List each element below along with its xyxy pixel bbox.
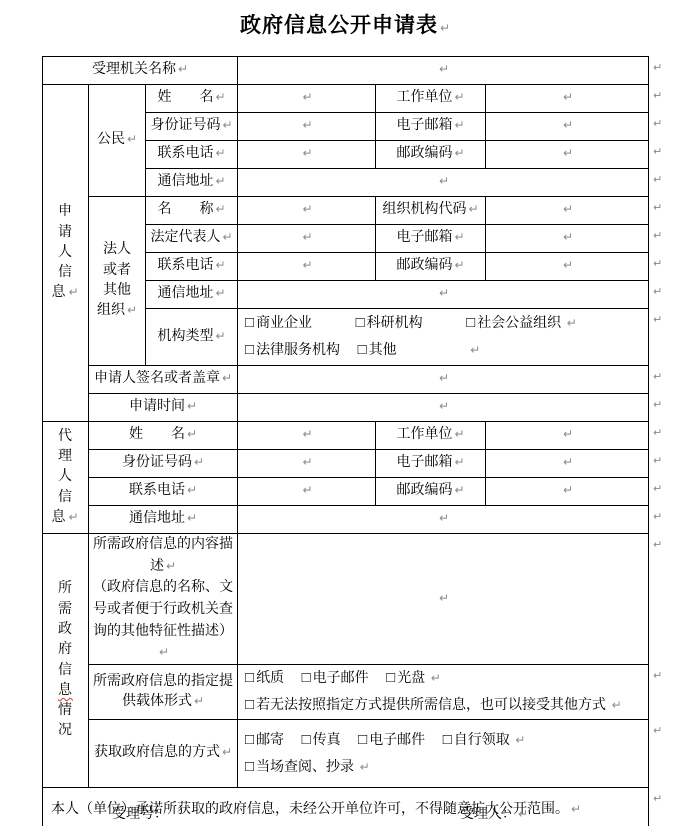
paragraph-mark-icon: ↵ (612, 698, 622, 712)
row-end-mark: ↵ (649, 720, 669, 788)
checkbox-icon[interactable]: □ (443, 732, 452, 748)
cb-research-institution[interactable]: □科研机构 (356, 316, 423, 331)
paragraph-mark-icon: ↵ (302, 118, 312, 132)
paragraph-mark-icon: ↵ (439, 591, 449, 605)
paragraph-mark-icon: ↵ (439, 399, 449, 413)
citizen-name-label: 姓 名↵ (146, 85, 238, 113)
paragraph-mark-icon: ↵ (159, 645, 169, 659)
accepting-agency-label: 受理机关名称↵ (43, 57, 238, 85)
paragraph-mark-icon: ↵ (563, 258, 573, 272)
requested-info-section-label: 所 需 政 府 信 息 情 况 (43, 534, 89, 788)
org-legalrep-label: 法定代表人↵ (146, 225, 238, 253)
info-format-options: □纸质 □电子邮件 □光盘 ↵ □若无法按照指定方式提供所需信息，也可以接受其他… (238, 665, 649, 720)
row-end-mark: ↵ (649, 506, 669, 534)
row-end-mark: ↵ (649, 422, 669, 450)
agent-address-label: 通信地址↵ (89, 506, 238, 534)
checkbox-icon[interactable]: □ (245, 732, 254, 748)
paragraph-mark-icon: ↵ (439, 511, 449, 525)
applicant-section-label: 申 请 人 信 息↵ (43, 85, 89, 422)
info-obtain-options: □邮寄 □传真 □电子邮件 □自行领取 ↵ □当场查阅、抄录 ↵ (238, 720, 649, 788)
paragraph-mark-icon: ↵ (518, 807, 528, 821)
paragraph-mark-icon: ↵ (653, 669, 662, 682)
cb-accept-other-format[interactable]: □若无法按照指定方式提供所需信息，也可以接受其他方式 (245, 698, 606, 713)
row-end-mark: ↵ (649, 169, 669, 197)
paragraph-mark-icon: ↵ (454, 427, 464, 441)
citizen-postcode-label: 邮政编码↵ (376, 141, 486, 169)
paragraph-mark-icon: ↵ (653, 89, 662, 102)
paragraph-mark-icon: ↵ (222, 230, 232, 244)
cb-legal-service-org[interactable]: □法律服务机构 (245, 343, 340, 358)
paragraph-mark-icon: ↵ (302, 258, 312, 272)
cb-business-enterprise[interactable]: □商业企业 (245, 316, 312, 331)
checkbox-icon[interactable]: □ (386, 670, 395, 686)
paragraph-mark-icon: ↵ (653, 482, 662, 495)
row-end-mark: ↵ (649, 85, 669, 113)
paragraph-mark-icon: ↵ (215, 258, 225, 272)
row-end-mark: ↵ (649, 665, 669, 720)
checkbox-icon[interactable]: □ (245, 670, 254, 686)
paragraph-mark-icon: ↵ (127, 132, 137, 146)
agent-email-label: 电子邮箱↵ (376, 450, 486, 478)
paragraph-mark-icon: ↵ (653, 370, 662, 383)
paragraph-mark-icon: ↵ (563, 90, 573, 104)
cb-email-delivery[interactable]: □电子邮件 (358, 733, 425, 748)
cb-self-pickup[interactable]: □自行领取 (443, 733, 510, 748)
paragraph-mark-icon: ↵ (470, 343, 480, 357)
paragraph-mark-icon: ↵ (194, 455, 204, 469)
cb-email-format[interactable]: □电子邮件 (302, 671, 369, 686)
accepting-agency-value[interactable]: ↵ (238, 57, 649, 85)
paragraph-mark-icon: ↵ (653, 538, 662, 551)
checkbox-icon[interactable]: □ (302, 670, 311, 686)
paragraph-mark-icon: ↵ (439, 371, 449, 385)
institution-type-options: □商业企业 □科研机构 □社会公益组织 ↵ □法律服务机构 □其他 ↵ (238, 309, 649, 366)
paragraph-mark-icon: ↵ (653, 145, 662, 158)
paragraph-mark-icon: ↵ (653, 285, 662, 298)
row-end-mark: ↵ (649, 225, 669, 253)
paragraph-mark-icon: ↵ (653, 398, 662, 411)
citizen-phone-label: 联系电话↵ (146, 141, 238, 169)
paragraph-mark-icon: ↵ (653, 313, 662, 326)
checkbox-icon[interactable]: □ (245, 697, 254, 713)
paragraph-mark-icon: ↵ (454, 118, 464, 132)
page-title-text: 政府信息公开申请表 (240, 13, 438, 37)
application-form-table: 受理机关名称↵ ↵ ↵ 申 请 人 信 息↵ 公民↵ 姓 名↵ ↵ 工作单位↵ … (42, 56, 669, 826)
agent-email-value[interactable]: ↵ (486, 450, 649, 478)
citizen-id-value[interactable]: ↵ (238, 113, 376, 141)
paragraph-mark-icon: ↵ (215, 286, 225, 300)
citizen-postcode-value[interactable]: ↵ (486, 141, 649, 169)
document-page: 政府信息公开申请表↵ 受理机关名称↵ ↵ ↵ 申 请 人 信 息↵ 公民↵ 姓 … (0, 0, 691, 826)
checkbox-icon[interactable]: □ (356, 315, 365, 331)
paragraph-mark-icon: ↵ (653, 117, 662, 130)
org-name-label: 名 称↵ (146, 197, 238, 225)
row-end-mark: ↵ (649, 281, 669, 309)
paragraph-mark-icon: ↵ (653, 510, 662, 523)
paragraph-mark-icon: ↵ (178, 62, 188, 76)
cb-fax[interactable]: □传真 (302, 733, 341, 748)
paragraph-mark-icon: ↵ (563, 483, 573, 497)
paragraph-mark-icon: ↵ (439, 174, 449, 188)
cb-public-welfare-org[interactable]: □社会公益组织 (466, 316, 561, 331)
paragraph-mark-icon: ↵ (431, 671, 441, 685)
agent-name-label: 姓 名↵ (89, 422, 238, 450)
agent-postcode-value[interactable]: ↵ (486, 478, 649, 506)
row-end-mark: ↵ (649, 57, 669, 85)
agent-name-value[interactable]: ↵ (238, 422, 376, 450)
apply-time-value[interactable]: ↵ (238, 394, 649, 422)
paragraph-mark-icon: ↵ (563, 230, 573, 244)
org-legalrep-value[interactable]: ↵ (238, 225, 376, 253)
agent-address-value[interactable]: ↵ (238, 506, 649, 534)
paragraph-mark-icon: ↵ (563, 202, 573, 216)
checkbox-icon[interactable]: □ (358, 732, 367, 748)
info-obtain-label: 获取政府信息的方式↵ (89, 720, 238, 788)
row-end-mark: ↵ (649, 534, 669, 665)
paragraph-mark-icon: ↵ (127, 303, 137, 317)
paragraph-mark-icon: ↵ (222, 745, 232, 759)
paragraph-mark-icon: ↵ (302, 427, 312, 441)
checkbox-icon[interactable]: □ (245, 759, 254, 775)
cb-cd[interactable]: □光盘 (386, 671, 425, 686)
row-end-mark: ↵ (649, 450, 669, 478)
institution-type-label: 机构类型↵ (146, 309, 238, 366)
misspelled-char: 息 (58, 683, 73, 698)
cb-paper[interactable]: □纸质 (245, 671, 284, 686)
paragraph-mark-icon: ↵ (302, 483, 312, 497)
org-phone-label: 联系电话↵ (146, 253, 238, 281)
info-description-label: 所需政府信息的内容描述↵ （政府信息的名称、文号或者便于行政机关查询的其他特征性… (89, 534, 238, 665)
org-address-value[interactable]: ↵ (238, 281, 649, 309)
paragraph-mark-icon: ↵ (68, 285, 79, 299)
signature-value[interactable]: ↵ (238, 366, 649, 394)
paragraph-mark-icon: ↵ (215, 174, 225, 188)
paragraph-mark-icon: ↵ (454, 230, 464, 244)
org-email-label: 电子邮箱↵ (376, 225, 486, 253)
paragraph-mark-icon: ↵ (563, 146, 573, 160)
paragraph-mark-icon: ↵ (567, 316, 577, 330)
paragraph-mark-icon: ↵ (454, 455, 464, 469)
form-footer: 受理号： 受理人：↵ (42, 803, 672, 823)
info-description-value[interactable]: ↵ (238, 534, 649, 665)
row-end-mark: ↵ (649, 394, 669, 422)
row-end-mark: ↵ (649, 253, 669, 281)
paragraph-mark-icon: ↵ (194, 694, 204, 708)
paragraph-mark-icon: ↵ (454, 90, 464, 104)
cb-mail[interactable]: □邮寄 (245, 733, 284, 748)
paragraph-mark-icon: ↵ (215, 202, 225, 216)
info-format-label: 所需政府信息的指定提供载体形式↵ (89, 665, 238, 720)
org-address-label: 通信地址↵ (146, 281, 238, 309)
org-code-value[interactable]: ↵ (486, 197, 649, 225)
paragraph-mark-icon: ↵ (563, 427, 573, 441)
org-postcode-label: 邮政编码↵ (376, 253, 486, 281)
org-postcode-value[interactable]: ↵ (486, 253, 649, 281)
paragraph-mark-icon: ↵ (215, 329, 225, 343)
checkbox-icon[interactable]: □ (358, 342, 367, 358)
cb-other-institution[interactable]: □其他 (358, 343, 397, 358)
citizen-name-value[interactable]: ↵ (238, 85, 376, 113)
paragraph-mark-icon: ↵ (302, 455, 312, 469)
agent-workunit-label: 工作单位↵ (376, 422, 486, 450)
paragraph-mark-icon: ↵ (653, 454, 662, 467)
checkbox-icon[interactable]: □ (245, 315, 254, 331)
paragraph-mark-icon: ↵ (563, 118, 573, 132)
citizen-workunit-label: 工作单位↵ (376, 85, 486, 113)
agent-id-value[interactable]: ↵ (238, 450, 376, 478)
paragraph-mark-icon: ↵ (302, 230, 312, 244)
paragraph-mark-icon: ↵ (222, 118, 232, 132)
paragraph-mark-icon: ↵ (439, 62, 449, 76)
org-phone-value[interactable]: ↵ (238, 253, 376, 281)
paragraph-mark-icon: ↵ (468, 202, 478, 216)
citizen-workunit-value[interactable]: ↵ (486, 85, 649, 113)
paragraph-mark-icon: ↵ (302, 146, 312, 160)
row-end-mark: ↵ (649, 141, 669, 169)
paragraph-mark-icon: ↵ (187, 483, 197, 497)
paragraph-mark-icon: ↵ (439, 286, 449, 300)
cb-onsite-read-copy[interactable]: □当场查阅、抄录 (245, 760, 354, 775)
paragraph-mark-icon: ↵ (653, 61, 662, 74)
paragraph-mark-icon: ↵ (454, 258, 464, 272)
paragraph-mark-icon: ↵ (563, 455, 573, 469)
paragraph-mark-icon: ↵ (302, 90, 312, 104)
page-title: 政府信息公开申请表↵ (0, 9, 691, 39)
agent-section-label: 代 理 人 信 息↵ (43, 422, 89, 534)
checkbox-icon[interactable]: □ (245, 342, 254, 358)
row-end-mark: ↵ (649, 366, 669, 394)
agent-postcode-label: 邮政编码↵ (376, 478, 486, 506)
paragraph-mark-icon: ↵ (653, 724, 662, 737)
paragraph-mark-icon: ↵ (222, 371, 232, 385)
citizen-address-value[interactable]: ↵ (238, 169, 649, 197)
signature-label: 申请人签名或者盖章↵ (89, 366, 238, 394)
row-end-mark: ↵ (649, 197, 669, 225)
paragraph-mark-icon: ↵ (187, 399, 197, 413)
row-end-mark: ↵ (649, 113, 669, 141)
agent-id-label: 身份证号码↵ (89, 450, 238, 478)
org-code-label: 组织机构代码↵ (376, 197, 486, 225)
citizen-label: 公民↵ (89, 85, 146, 197)
org-name-value[interactable]: ↵ (238, 197, 376, 225)
citizen-address-label: 通信地址↵ (146, 169, 238, 197)
paragraph-mark-icon: ↵ (360, 760, 370, 774)
paragraph-mark-icon: ↵ (515, 733, 525, 747)
acceptor-label: 受理人：↵ (460, 803, 528, 823)
checkbox-icon[interactable]: □ (466, 315, 475, 331)
checkbox-icon[interactable]: □ (302, 732, 311, 748)
paragraph-mark-icon: ↵ (653, 229, 662, 242)
row-end-mark: ↵ (649, 478, 669, 506)
paragraph-mark-icon: ↵ (454, 146, 464, 160)
agent-phone-label: 联系电话↵ (89, 478, 238, 506)
paragraph-mark-icon: ↵ (215, 90, 225, 104)
paragraph-mark-icon: ↵ (187, 511, 197, 525)
paragraph-mark-icon: ↵ (187, 427, 197, 441)
paragraph-mark-icon: ↵ (215, 146, 225, 160)
apply-time-label: 申请时间↵ (89, 394, 238, 422)
paragraph-mark-icon: ↵ (653, 426, 662, 439)
organization-label: 法人 或者 其他 组织↵ (89, 197, 146, 366)
citizen-email-value[interactable]: ↵ (486, 113, 649, 141)
paragraph-mark-icon: ↵ (166, 559, 176, 573)
paragraph-mark-icon: ↵ (454, 483, 464, 497)
paragraph-mark-icon: ↵ (440, 21, 451, 35)
paragraph-mark-icon: ↵ (653, 173, 662, 186)
paragraph-mark-icon: ↵ (653, 201, 662, 214)
paragraph-mark-icon: ↵ (302, 202, 312, 216)
acceptance-number-label: 受理号： (112, 803, 168, 823)
citizen-email-label: 电子邮箱↵ (376, 113, 486, 141)
agent-phone-value[interactable]: ↵ (238, 478, 376, 506)
paragraph-mark-icon: ↵ (68, 510, 79, 524)
paragraph-mark-icon: ↵ (653, 257, 662, 270)
agent-workunit-value[interactable]: ↵ (486, 422, 649, 450)
citizen-phone-value[interactable]: ↵ (238, 141, 376, 169)
org-email-value[interactable]: ↵ (486, 225, 649, 253)
row-end-mark: ↵ (649, 309, 669, 366)
citizen-id-label: 身份证号码↵ (146, 113, 238, 141)
